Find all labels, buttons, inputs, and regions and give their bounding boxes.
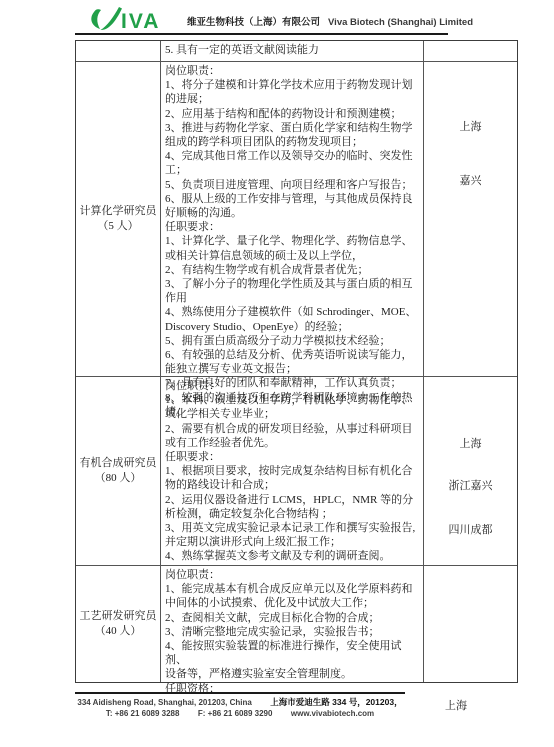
description-line: 任职要求：: [165, 220, 421, 234]
footer-city-label: 上海: [436, 697, 476, 713]
description-line: 2、应用基于结构和配体的药物设计和预测建模；: [165, 107, 421, 121]
description-line: 任职要求：: [165, 450, 421, 464]
footer-address-line: 334 Aidisheng Road, Shanghai, 201203, Ch…: [75, 697, 405, 708]
description-line: 1、本科、硕士及以上学历，有机化学、药物化学、或化学相关专业毕业；: [165, 393, 421, 421]
description-line: 5、拥有蛋白质高级分子动力学模拟技术经验；: [165, 334, 421, 348]
description-line: 1、根据项目要求，按时完成复杂结构目标有机化合物的路线设计和合成；: [165, 464, 421, 492]
position-title: 计算化学研究员: [80, 204, 157, 219]
location-label: 四川成都: [424, 521, 517, 537]
location-cell: [424, 566, 517, 682]
table-row: 工艺研发研究员 （40 人） 岗位职责：1、能完成基本有机合成反应单元以及化学原…: [76, 565, 517, 682]
description-line: 岗位职责：: [165, 64, 421, 78]
job-description: 岗位职责：1、将分子建模和计算化学技术应用于药物发现计划的进展；2、应用基于结构…: [161, 62, 423, 419]
description-line: 2、运用仪器设备进行 LCMS，HPLC，NMR 等的分析检测，确定较复杂化合物…: [165, 493, 421, 521]
description-line: 设备等，严格遵实验室安全管理制度。: [165, 667, 421, 681]
location-label: 上海: [424, 118, 517, 134]
footer-rule: [75, 692, 405, 694]
description-line: 4、能按照实验装置的标准进行操作，安全使用试剂、: [165, 639, 421, 667]
description-line: 6、服从上级的工作安排与管理，与其他成员保持良好顺畅的沟通。: [165, 192, 421, 220]
position-headcount: （5 人）: [97, 219, 138, 234]
description-line: 5、负责项目进度管理、向项目经理和客户写报告；: [165, 178, 421, 192]
job-description: 岗位职责：1、能完成基本有机合成反应单元以及化学原料药和中间体的小试摸索、优化及…: [161, 566, 423, 696]
position-cell: 计算化学研究员 （5 人）: [76, 62, 161, 376]
description-line: 中间体的小试摸索、优化及中试放大工作；: [165, 596, 421, 610]
footer-tel: T: +86 21 6089 3288: [106, 709, 180, 718]
position-title: 工艺研发研究员: [80, 609, 157, 624]
description-line: 5. 具有一定的英语文献阅读能力: [165, 43, 421, 57]
description-cell: 岗位职责：1、能完成基本有机合成反应单元以及化学原料药和中间体的小试摸索、优化及…: [161, 566, 424, 682]
footer-address-en: 334 Aidisheng Road, Shanghai, 201203, Ch…: [77, 698, 251, 707]
job-description: 岗位职责：1、本科、硕士及以上学历，有机化学、药物化学、或化学相关专业毕业；2、…: [161, 377, 423, 564]
description-line: 3、清晰完整地完成实验记录，实验报告书；: [165, 625, 421, 639]
description-line: 6、有较强的总结及分析、优秀英语听说读写能力，能独立撰写专业英文报告；: [165, 348, 421, 376]
description-line: 4、完成其他日常工作以及领导交办的临时、突发性工；: [165, 149, 421, 177]
position-headcount: （80 人）: [95, 471, 142, 486]
position-cell: 工艺研发研究员 （40 人）: [76, 566, 161, 682]
description-line: 1、能完成基本有机合成反应单元以及化学原料药和: [165, 582, 421, 596]
viva-leaf-icon: [88, 5, 124, 35]
position-cell: [76, 41, 161, 61]
description-line: 3、推进与药物化学家、蛋白质化学家和结构生物学组成的跨学科项目团队的药物发现项目…: [165, 121, 421, 149]
description-line: 2、需要有机合成的研发项目经验，从事过科研项目或有工作经验者优先。: [165, 422, 421, 450]
company-header: 维亚生物科技（上海）有限公司Viva Biotech (Shanghai) Li…: [187, 14, 527, 28]
description-line: 1、计算化学、量子化学、物理化学、药物信息学、或相关计算信息领域的硕士及以上学位…: [165, 234, 421, 262]
description-line: 3、了解小分子的物理化学性质及其与蛋白质的相互作用: [165, 277, 421, 305]
location-cell: 上海 嘉兴: [424, 62, 517, 376]
job-description: 5. 具有一定的英语文献阅读能力: [161, 41, 423, 57]
job-table: 5. 具有一定的英语文献阅读能力 计算化学研究员 （5 人） 岗位职责：1、将分…: [75, 40, 518, 683]
location-label: 上海: [424, 435, 517, 451]
location-cell: 上海 浙江嘉兴 四川成都: [424, 377, 517, 565]
table-row: 计算化学研究员 （5 人） 岗位职责：1、将分子建模和计算化学技术应用于药物发现…: [76, 61, 517, 376]
header-rule: [75, 33, 448, 35]
location-cell: [424, 41, 517, 61]
footer: 334 Aidisheng Road, Shanghai, 201203, Ch…: [75, 697, 405, 719]
description-cell: 岗位职责：1、本科、硕士及以上学历，有机化学、药物化学、或化学相关专业毕业；2、…: [161, 377, 424, 565]
description-line: 岗位职责：: [165, 379, 421, 393]
description-line: 4、熟练掌握英文参考文献及专利的调研查阅。: [165, 549, 421, 563]
location-label: 浙江嘉兴: [424, 477, 517, 493]
logo-wordmark: IVA: [121, 10, 160, 34]
document-page: IVA 维亚生物科技（上海）有限公司Viva Biotech (Shanghai…: [0, 0, 554, 747]
footer-address-cn: 上海市爱迪生路 334 号，201203，: [270, 697, 402, 707]
location-label: 嘉兴: [424, 172, 517, 188]
description-line: 2、有结构生物学或有机合成背景者优先；: [165, 263, 421, 277]
description-line: 3、用英文完成实验记录本记录工作和撰写实验报告,并定期以演讲形式向上级汇报工作；: [165, 521, 421, 549]
description-cell: 5. 具有一定的英语文献阅读能力: [161, 41, 424, 61]
description-line: 1、将分子建模和计算化学技术应用于药物发现计划的进展；: [165, 78, 421, 106]
description-line: 2、查阅相关文献，完成目标化合物的合成；: [165, 611, 421, 625]
table-row: 5. 具有一定的英语文献阅读能力: [76, 41, 517, 61]
position-cell: 有机合成研究员 （80 人）: [76, 377, 161, 565]
viva-logo: IVA: [88, 5, 160, 35]
description-cell: 岗位职责：1、将分子建模和计算化学技术应用于药物发现计划的进展；2、应用基于结构…: [161, 62, 424, 376]
company-name-cn: 维亚生物科技（上海）有限公司: [187, 17, 320, 28]
position-title: 有机合成研究员: [80, 456, 157, 471]
footer-fax: F: +86 21 6089 3290: [198, 709, 273, 718]
company-name-en: Viva Biotech (Shanghai) Limited: [328, 17, 473, 28]
footer-website: www.vivabiotech.com: [291, 709, 374, 718]
table-row: 有机合成研究员 （80 人） 岗位职责：1、本科、硕士及以上学历，有机化学、药物…: [76, 376, 517, 565]
description-line: 4、熟练使用分子建模软件（如 Schrodinger、MOE、Discovery…: [165, 305, 421, 333]
position-headcount: （40 人）: [95, 624, 142, 639]
footer-contact-line: T: +86 21 6089 3288 F: +86 21 6089 3290 …: [75, 708, 405, 719]
description-line: 岗位职责：: [165, 568, 421, 582]
